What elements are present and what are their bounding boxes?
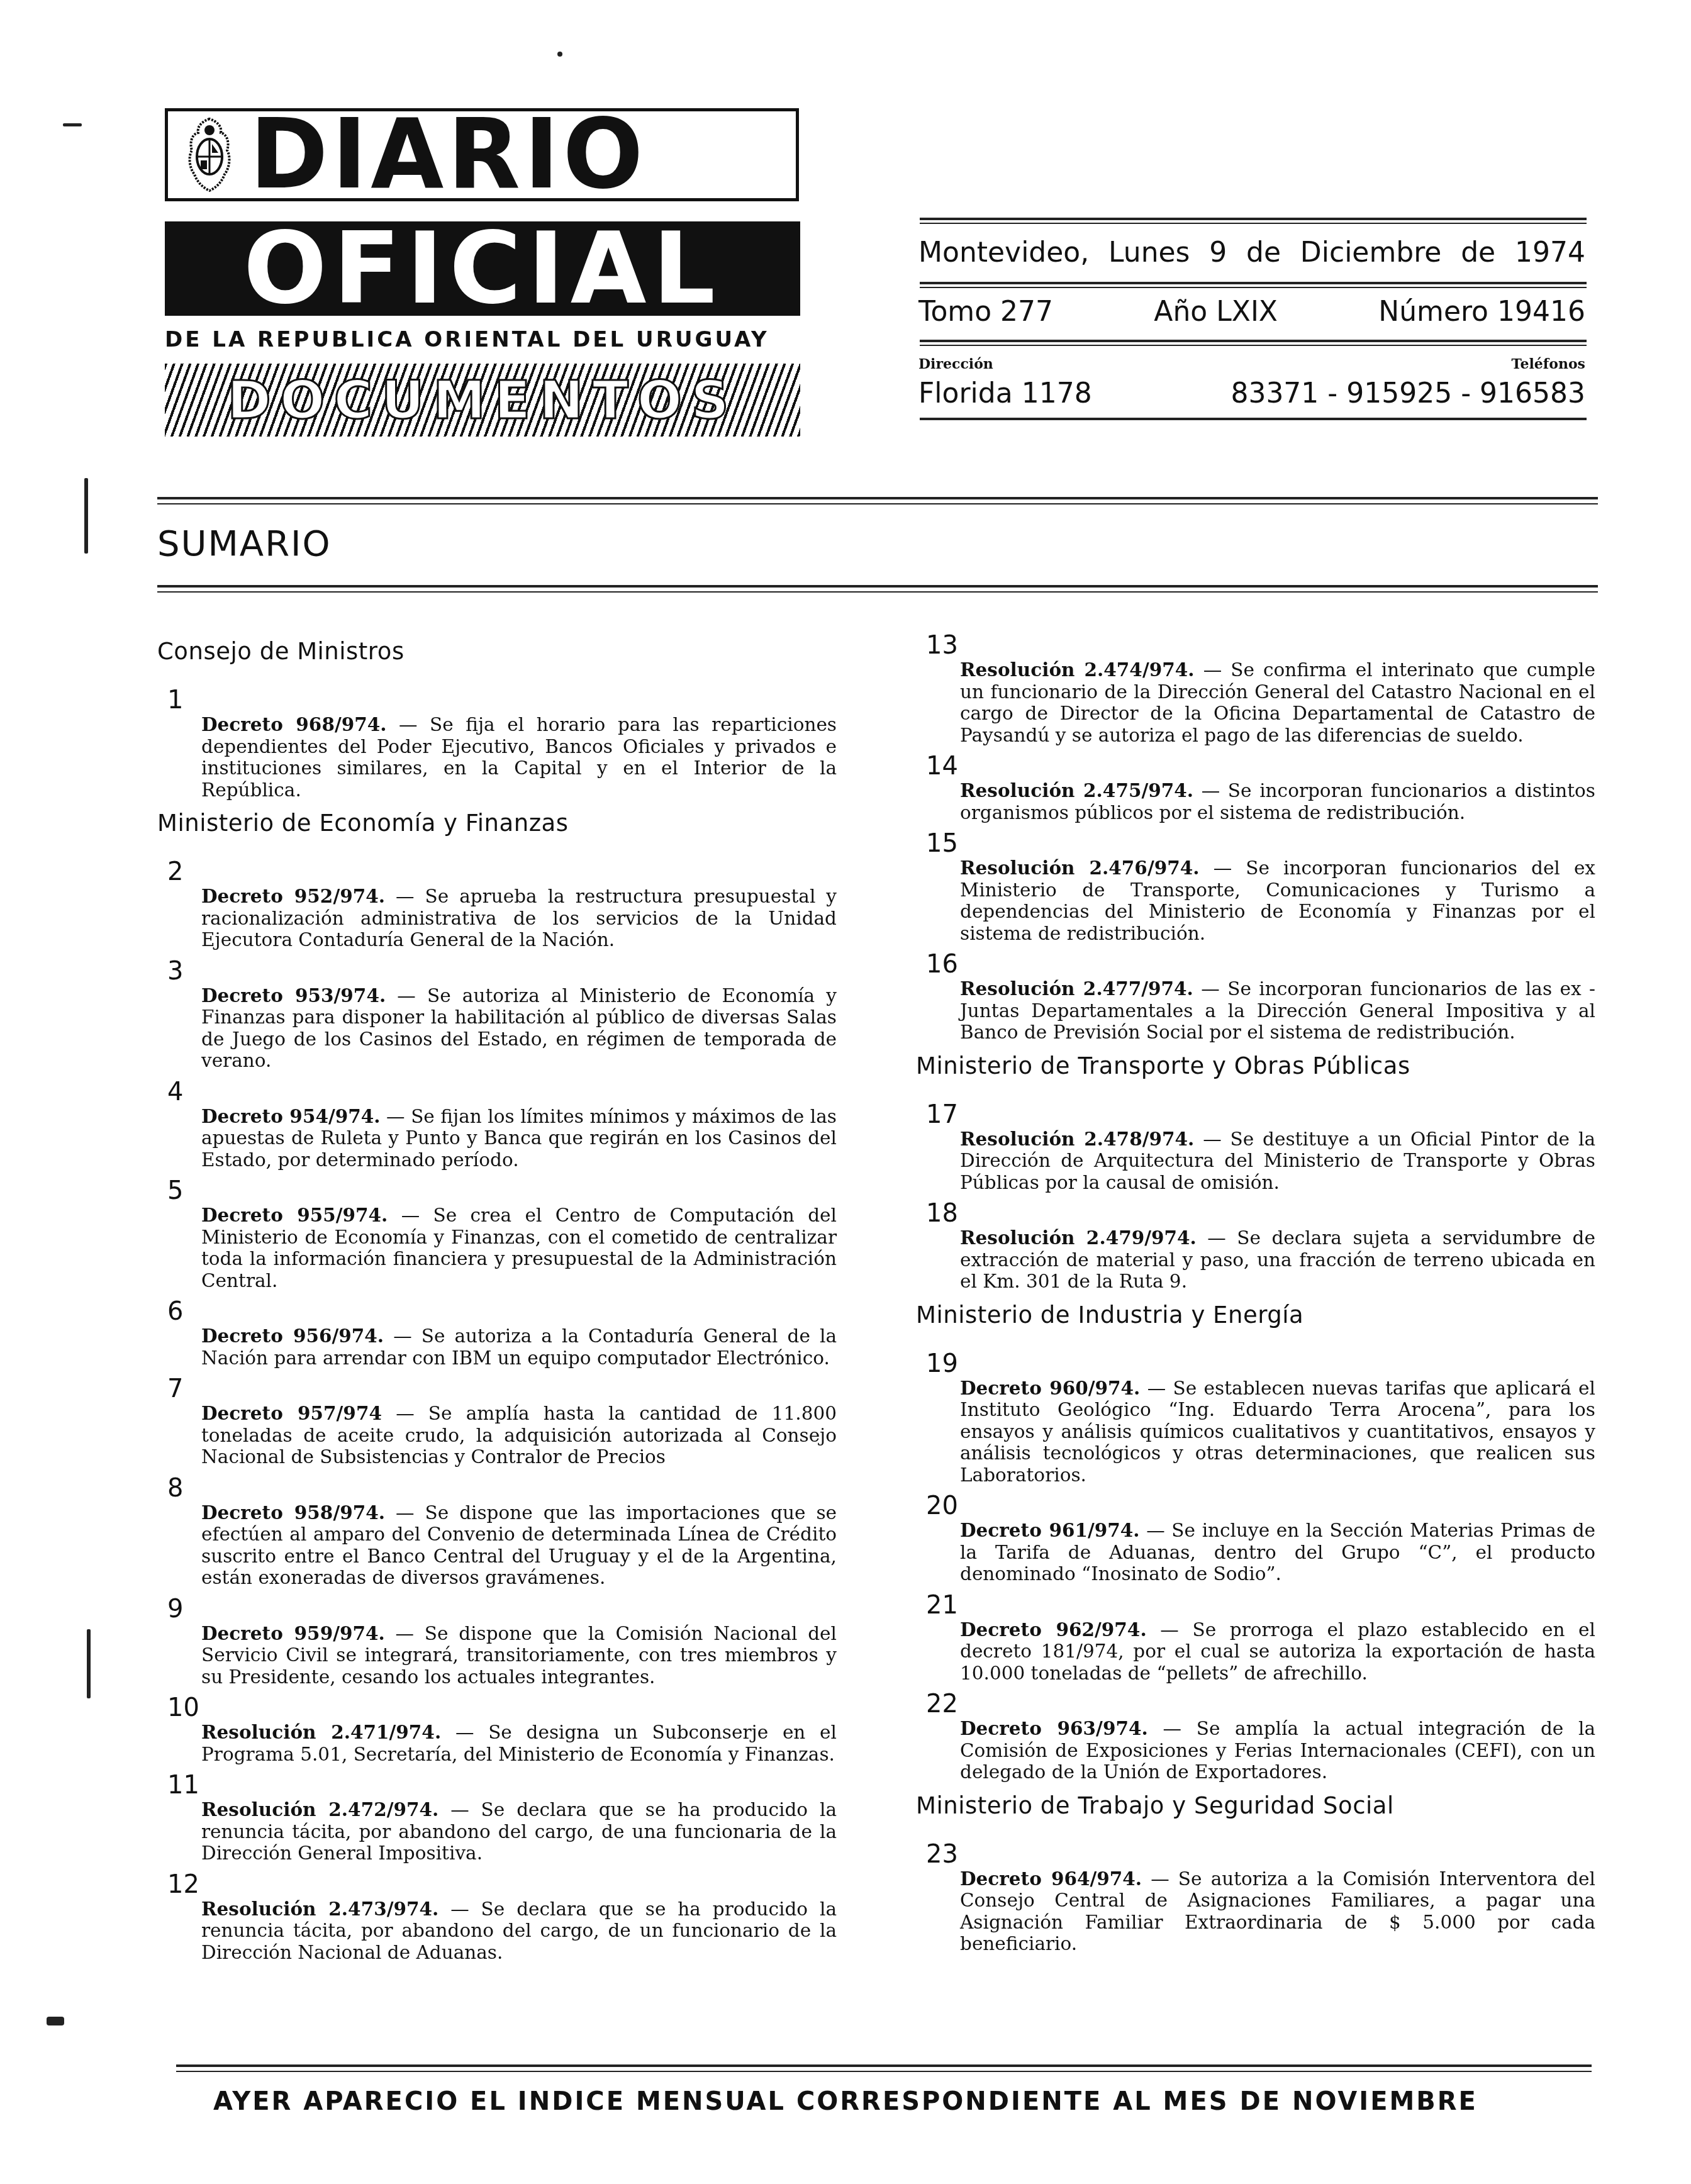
summary-entry: 8Decreto 958/974. — Se dispone que las i…	[157, 1474, 837, 1589]
summary-entry: 3Decreto 953/974. — Se autoriza al Minis…	[157, 957, 837, 1072]
entry-description: Decreto 957/974 — Se amplía hasta la can…	[201, 1403, 837, 1468]
entry-description: Decreto 954/974. — Se fijan los límites …	[201, 1106, 837, 1171]
entry-number: 8	[167, 1474, 837, 1502]
direccion-label: Dirección	[918, 356, 993, 372]
entry-number: 11	[167, 1771, 837, 1799]
divider	[157, 591, 1598, 593]
summary-entry: 14Resolución 2.475/974. — Se incorporan …	[916, 752, 1595, 823]
summary-entry: 20Decreto 961/974. — Se incluye en la Se…	[916, 1492, 1595, 1585]
telefonos-value: 83371 - 915925 - 916583	[1231, 377, 1585, 409]
entry-reference: Resolución 2.478/974.	[960, 1128, 1194, 1150]
entry-reference: Resolución 2.473/974.	[201, 1898, 438, 1920]
entry-description: Resolución 2.475/974. — Se incorporan fu…	[960, 780, 1595, 823]
margin-mark	[87, 1629, 91, 1698]
summary-entry: 12Resolución 2.473/974. — Se declara que…	[157, 1871, 837, 1964]
summary-entry: 17Resolución 2.478/974. — Se destituye a…	[916, 1101, 1595, 1194]
masthead-oficial: OFICIAL	[165, 221, 800, 316]
summary-entry: 9Decreto 959/974. — Se dispone que la Co…	[157, 1595, 837, 1688]
entry-description: Decreto 962/974. — Se prorroga el plazo …	[960, 1619, 1595, 1685]
entry-number: 12	[167, 1871, 837, 1898]
entry-reference: Decreto 964/974.	[960, 1868, 1142, 1890]
entry-description: Decreto 968/974. — Se fija el horario pa…	[201, 714, 837, 801]
section-heading: Ministerio de Transporte y Obras Pública…	[916, 1052, 1595, 1079]
entry-description: Decreto 963/974. — Se amplía la actual i…	[960, 1718, 1595, 1783]
entry-description: Decreto 960/974. — Se establecen nuevas …	[960, 1378, 1595, 1486]
entry-number: 17	[926, 1101, 1595, 1128]
issue-tomo: Tomo 277	[918, 296, 1053, 328]
summary-entry: 19Decreto 960/974. — Se establecen nueva…	[916, 1350, 1595, 1486]
entry-number: 6	[167, 1298, 837, 1325]
section-heading: Ministerio de Trabajo y Seguridad Social	[916, 1792, 1595, 1819]
entry-reference: Decreto 955/974.	[201, 1204, 388, 1226]
sumario-title: SUMARIO	[157, 523, 332, 564]
summary-entry: 7Decreto 957/974 — Se amplía hasta la ca…	[157, 1375, 837, 1468]
issue-city: Montevideo,	[918, 237, 1089, 269]
summary-column-left: Consejo de Ministros1Decreto 968/974. — …	[157, 629, 837, 1969]
entry-reference: Decreto 961/974.	[960, 1519, 1140, 1541]
entry-number: 23	[926, 1841, 1595, 1868]
entry-description: Decreto 961/974. — Se incluye en la Secc…	[960, 1520, 1595, 1585]
divider	[920, 418, 1587, 420]
uruguay-coat-of-arms-icon	[181, 114, 238, 196]
entry-number: 21	[926, 1591, 1595, 1619]
entry-description: Resolución 2.478/974. — Se destituye a u…	[960, 1128, 1595, 1194]
divider	[157, 503, 1598, 504]
entry-reference: Decreto 960/974.	[960, 1377, 1140, 1399]
entry-description: Decreto 956/974. — Se autoriza a la Cont…	[201, 1325, 837, 1369]
entry-description: Decreto 958/974. — Se dispone que las im…	[201, 1502, 837, 1589]
entry-number: 14	[926, 752, 1595, 780]
contact-labels: Dirección Teléfonos	[918, 356, 1585, 372]
direccion-value: Florida 1178	[918, 377, 1092, 409]
entry-description: Resolución 2.477/974. — Se incorporan fu…	[960, 978, 1595, 1044]
entry-number: 2	[167, 858, 837, 886]
entry-reference: Decreto 962/974.	[960, 1618, 1147, 1641]
summary-entry: 15Resolución 2.476/974. — Se incorporan …	[916, 830, 1595, 944]
entry-description: Decreto 955/974. — Se crea el Centro de …	[201, 1205, 837, 1291]
entry-number: 18	[926, 1200, 1595, 1227]
summary-entry: 13Resolución 2.474/974. — Se confirma el…	[916, 632, 1595, 746]
entry-reference: Decreto 952/974.	[201, 885, 385, 907]
entry-number: 4	[167, 1078, 837, 1106]
scan-speck	[557, 52, 562, 57]
issue-weekday: Lunes	[1108, 237, 1190, 269]
issue-numero: Número 19416	[1378, 296, 1585, 328]
issue-volume-row: Tomo 277 Año LXIX Número 19416	[918, 296, 1585, 328]
entry-reference: Resolución 2.476/974.	[960, 857, 1200, 879]
entry-description: Decreto 959/974. — Se dispone que la Com…	[201, 1623, 837, 1688]
entry-description: Resolución 2.472/974. — Se declara que s…	[201, 1799, 837, 1864]
contact-values: Florida 1178 83371 - 915925 - 916583	[918, 377, 1585, 409]
summary-entry: 23Decreto 964/974. — Se autoriza a la Co…	[916, 1841, 1595, 1955]
entry-reference: Decreto 957/974	[201, 1402, 382, 1424]
summary-entry: 16Resolución 2.477/974. — Se incorporan …	[916, 950, 1595, 1044]
entry-description: Decreto 952/974. — Se aprueba la restruc…	[201, 886, 837, 951]
divider	[920, 345, 1587, 346]
section-heading: Ministerio de Economía y Finanzas	[157, 810, 837, 837]
entry-number: 16	[926, 950, 1595, 978]
section-banner-text: DOCUMENTOS	[227, 374, 737, 426]
entry-number: 19	[926, 1350, 1595, 1378]
divider	[920, 287, 1587, 288]
issue-day: 9	[1209, 237, 1227, 269]
entry-number: 22	[926, 1690, 1595, 1718]
entry-reference: Decreto 959/974.	[201, 1622, 385, 1644]
entry-reference: Resolución 2.471/974.	[201, 1721, 441, 1743]
entry-reference: Decreto 956/974.	[201, 1325, 384, 1347]
issue-anio: Año LXIX	[1154, 296, 1278, 328]
scan-speck	[63, 123, 82, 126]
summary-entry: 21Decreto 962/974. — Se prorroga el plaz…	[916, 1591, 1595, 1685]
divider	[176, 2064, 1592, 2067]
entry-number: 10	[167, 1694, 837, 1722]
issue-month: Diciembre	[1300, 237, 1442, 269]
scan-speck	[47, 2017, 64, 2025]
section-banner: DOCUMENTOS	[165, 364, 800, 437]
entry-reference: Resolución 2.477/974.	[960, 978, 1193, 1000]
summary-entry: 2Decreto 952/974. — Se aprueba la restru…	[157, 858, 837, 951]
summary-entry: 1Decreto 968/974. — Se fija el horario p…	[157, 686, 837, 801]
entry-description: Resolución 2.474/974. — Se confirma el i…	[960, 659, 1595, 746]
entry-reference: Resolución 2.475/974.	[960, 779, 1193, 801]
summary-column-right: 13Resolución 2.474/974. — Se confirma el…	[916, 632, 1595, 1961]
summary-entry: 22Decreto 963/974. — Se amplía la actual…	[916, 1690, 1595, 1783]
footer-notice: AYER APARECIO EL INDICE MENSUAL CORRESPO…	[0, 2087, 1691, 2116]
section-heading: Consejo de Ministros	[157, 638, 837, 665]
summary-entry: 18Resolución 2.479/974. — Se declara suj…	[916, 1200, 1595, 1293]
divider	[920, 223, 1587, 224]
entry-reference: Decreto 953/974.	[201, 984, 386, 1006]
entry-number: 15	[926, 830, 1595, 857]
entry-description: Resolución 2.471/974. — Se designa un Su…	[201, 1722, 837, 1765]
divider	[920, 340, 1587, 342]
issue-year: 1974	[1515, 237, 1585, 269]
entry-description: Resolución 2.479/974. — Se declara sujet…	[960, 1227, 1595, 1293]
masthead-subtitle: DE LA REPUBLICA ORIENTAL DEL URUGUAY	[165, 327, 800, 352]
entry-number: 20	[926, 1492, 1595, 1520]
entry-description: Resolución 2.476/974. — Se incorporan fu…	[960, 857, 1595, 944]
entry-reference: Decreto 954/974.	[201, 1105, 381, 1127]
entry-description: Resolución 2.473/974. — Se declara que s…	[201, 1898, 837, 1964]
entry-number: 5	[167, 1177, 837, 1205]
entry-number: 3	[167, 957, 837, 985]
divider	[920, 218, 1587, 220]
divider	[176, 2071, 1592, 2072]
entry-reference: Resolución 2.474/974.	[960, 659, 1195, 681]
entry-number: 13	[926, 632, 1595, 659]
entry-number: 9	[167, 1595, 837, 1623]
issue-de: de	[1461, 237, 1495, 269]
masthead-title-oficial: OFICIAL	[243, 220, 722, 318]
masthead-diario: DIARIO	[165, 108, 799, 201]
entry-reference: Decreto 963/974.	[960, 1717, 1148, 1739]
issue-date: Montevideo, Lunes 9 de Diciembre de 1974	[918, 237, 1585, 269]
section-heading: Ministerio de Industria y Energía	[916, 1301, 1595, 1329]
summary-entry: 6Decreto 956/974. — Se autoriza a la Con…	[157, 1298, 837, 1369]
divider	[920, 282, 1587, 284]
entry-description: Decreto 953/974. — Se autoriza al Minist…	[201, 985, 837, 1072]
summary-entry: 4Decreto 954/974. — Se fijan los límites…	[157, 1078, 837, 1171]
masthead-title-diario: DIARIO	[250, 107, 647, 203]
telefonos-label: Teléfonos	[1512, 356, 1585, 372]
summary-entry: 10Resolución 2.471/974. — Se designa un …	[157, 1694, 837, 1765]
summary-entry: 5Decreto 955/974. — Se crea el Centro de…	[157, 1177, 837, 1291]
entry-number: 1	[167, 686, 837, 714]
entry-number: 7	[167, 1375, 837, 1403]
summary-entry: 11Resolución 2.472/974. — Se declara que…	[157, 1771, 837, 1864]
entry-description: Decreto 964/974. — Se autoriza a la Comi…	[960, 1868, 1595, 1955]
divider	[157, 497, 1598, 499]
margin-mark	[84, 478, 88, 554]
divider	[157, 585, 1598, 588]
entry-reference: Resolución 2.472/974.	[201, 1798, 438, 1820]
entry-reference: Resolución 2.479/974.	[960, 1227, 1197, 1249]
issue-de: de	[1246, 237, 1281, 269]
entry-reference: Decreto 958/974.	[201, 1501, 385, 1524]
entry-reference: Decreto 968/974.	[201, 713, 387, 735]
